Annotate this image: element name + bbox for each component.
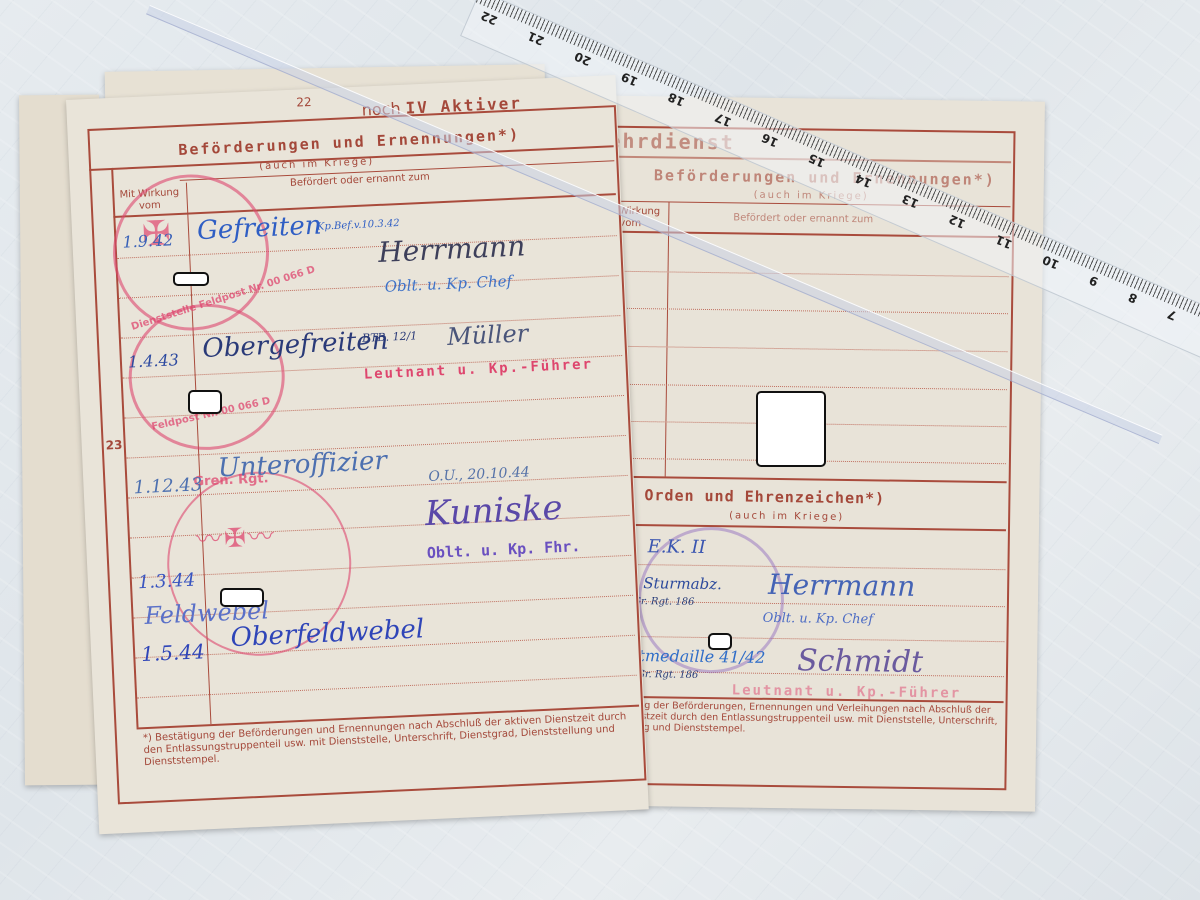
redaction-box [708,633,732,650]
ruler-label: 21 [525,29,546,48]
entry-date: 1.5.44 [141,639,206,666]
entry-date: 1.4.43 [128,350,180,371]
entry-date: 1.12.43 [133,474,203,498]
awards-subtitle: (auch im Kriege) [729,510,844,523]
redaction-box [756,391,826,467]
awards-title: Orden und Ehrenzeichen*) [644,486,885,507]
ruler-label: 7 [1165,307,1178,323]
redaction-box [173,272,209,286]
award-signature: Schmidt [797,643,923,680]
ruler-label: 9 [1087,273,1100,289]
ruler-label: 12 [947,212,968,231]
entry-date: 1.3.44 [137,570,195,594]
entry-signature: Kuniske [424,488,563,534]
entry-rank: Gefreiten [196,211,322,247]
redaction-box [220,588,264,607]
ruler-label: 19 [619,69,640,88]
left-side-page-number: 23 [105,438,122,453]
redaction-box [188,390,222,414]
ruler-label: 22 [479,8,500,27]
right-col-rank-header: Befördert oder ernannt zum [733,212,873,225]
ruler-label: 18 [666,90,687,109]
ruler-label: 16 [759,130,780,149]
ruler-label: 11 [993,232,1014,251]
left-page-number: 22 [296,95,312,110]
award-signature: Herrmann [768,568,916,603]
entry-note: BTB. 12/1 [362,329,418,344]
ruler-label: 15 [806,151,827,170]
award-unit: Gr. Rgt. 186 [637,669,699,681]
ruler-label: 17 [713,110,734,129]
eagle-emblem-icon: 〰✠〰 [195,516,276,557]
ruler-label: 13 [900,191,921,210]
ruler-label: 10 [1040,252,1061,271]
award-unit: Gr. Rgt. 186 [633,596,695,608]
entry-signature: Herrmann [377,229,525,269]
ruler-label: 8 [1126,290,1139,306]
ruler-label: 14 [853,171,874,190]
award-signature-title: Oblt. u. Kp. Chef [763,611,874,628]
ruler-label: 20 [572,49,593,68]
award-name: E.K. II [648,536,706,558]
entry-signature: Müller [447,319,529,351]
entry-date: 1.9.42 [122,230,174,251]
